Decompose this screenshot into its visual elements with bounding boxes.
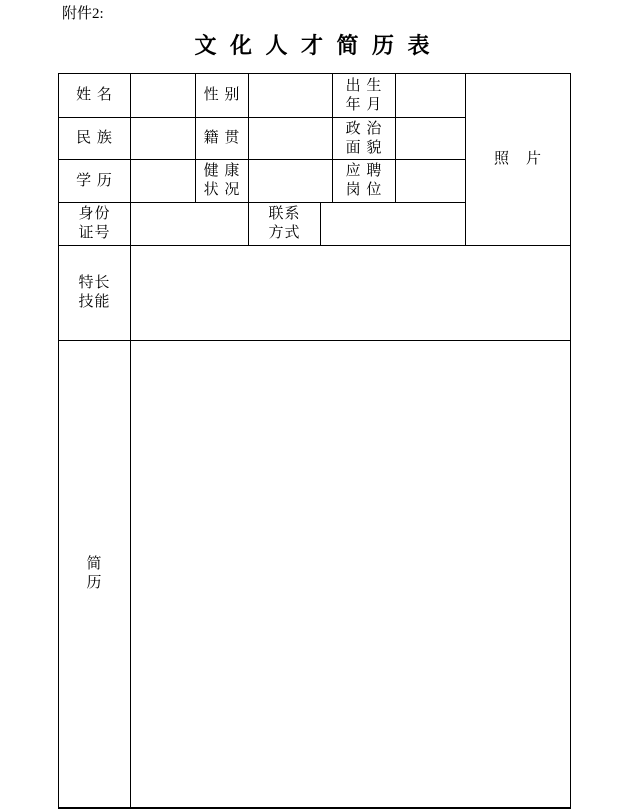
education-value-cell[interactable] [131,160,196,203]
native-place-value-cell[interactable] [249,118,333,160]
ethnicity-label-cell: 民 族 [59,118,131,160]
name-label-cell: 姓 名 [59,74,131,118]
contact-value-cell[interactable] [321,203,466,246]
health-status-label-cell: 健 康 状 况 [196,160,249,203]
skills-label-cell: 特长 技能 [59,246,131,341]
id-number-label-cell: 身份 证号 [59,203,131,246]
table-row-resume: 简 历 [59,341,571,809]
education-label-cell: 学 历 [59,160,131,203]
birth-date-label-cell: 出 生 年 月 [333,74,396,118]
ethnicity-value-cell[interactable] [131,118,196,160]
gender-value-cell[interactable] [249,74,333,118]
table-row-basic-1: 姓 名 性 别 出 生 年 月 照 片 [59,74,571,118]
page-title: 文 化 人 才 简 历 表 [58,29,570,60]
photo-cell[interactable]: 照 片 [466,74,571,246]
political-status-label-cell: 政 治 面 貌 [333,118,396,160]
birth-date-value-cell[interactable] [396,74,466,118]
skills-value-cell[interactable] [131,246,571,341]
contact-label-cell: 联系 方式 [249,203,321,246]
id-number-value-cell[interactable] [131,203,249,246]
resume-label-cell: 简 历 [59,341,131,809]
gender-label-cell: 性 别 [196,74,249,118]
document-page: 附件2: 文 化 人 才 简 历 表 姓 名 性 别 出 生 年 月 照 片 民… [0,0,634,810]
position-applied-value-cell[interactable] [396,160,466,203]
name-value-cell[interactable] [131,74,196,118]
native-place-label-cell: 籍 贯 [196,118,249,160]
health-status-value-cell[interactable] [249,160,333,203]
resume-form-table: 姓 名 性 别 出 生 年 月 照 片 民 族 籍 贯 政 治 面 貌 学 历 … [58,73,571,809]
political-status-value-cell[interactable] [396,118,466,160]
attachment-label: 附件2: [62,5,104,23]
position-applied-label-cell: 应 聘 岗 位 [333,160,396,203]
resume-value-cell[interactable] [131,341,571,809]
table-row-skills: 特长 技能 [59,246,571,341]
